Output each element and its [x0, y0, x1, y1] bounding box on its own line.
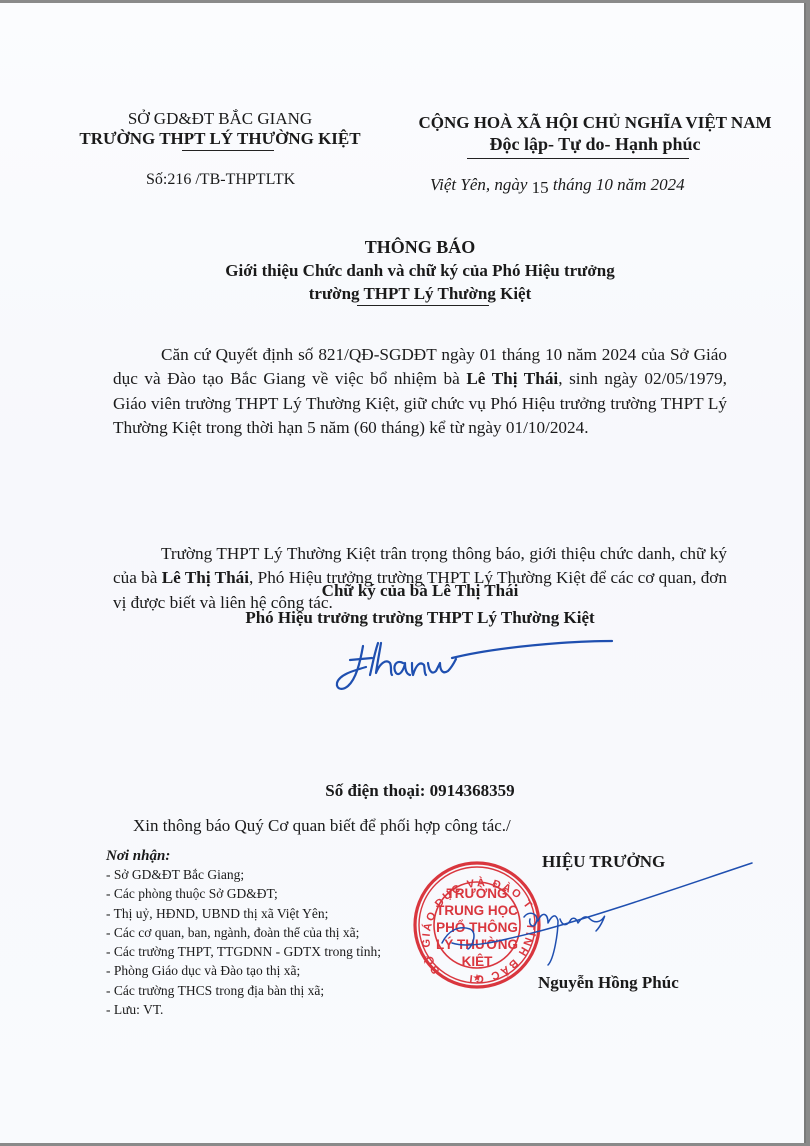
- seal-ring-text-left: SỞ GIÁO DỤC VÀ ĐÀO TẠO: [0, 3, 535, 976]
- svg-text:SỞ GIÁO DỤC VÀ ĐÀO TẠO: SỞ GIÁO DỤC VÀ ĐÀO TẠO: [0, 3, 535, 976]
- seal-ring-text-right: TỈNH BẮC GIANG: [0, 3, 536, 985]
- svg-text:★: ★: [473, 973, 482, 984]
- seal-center-line: PHỔ THÔNG: [436, 920, 518, 935]
- seal-center-line: KIỆT: [462, 954, 494, 969]
- signatures-and-seal-layer: SỞ GIÁO DỤC VÀ ĐÀO TẠO TỈNH BẮC GIANG TR…: [0, 3, 806, 1143]
- seal-center-line: TRUNG HỌC: [436, 903, 518, 918]
- school-seal: SỞ GIÁO DỤC VÀ ĐÀO TẠO TỈNH BẮC GIANG TR…: [0, 3, 539, 987]
- vice-principal-signature: [337, 641, 612, 689]
- svg-text:TỈNH BẮC GIANG: TỈNH BẮC GIANG: [0, 3, 536, 985]
- seal-center-line: TRƯỜNG: [447, 886, 508, 901]
- document-page: SỞ GD&ĐT BẮC GIANG TRƯỜNG THPT LÝ THƯỜNG…: [0, 3, 806, 1143]
